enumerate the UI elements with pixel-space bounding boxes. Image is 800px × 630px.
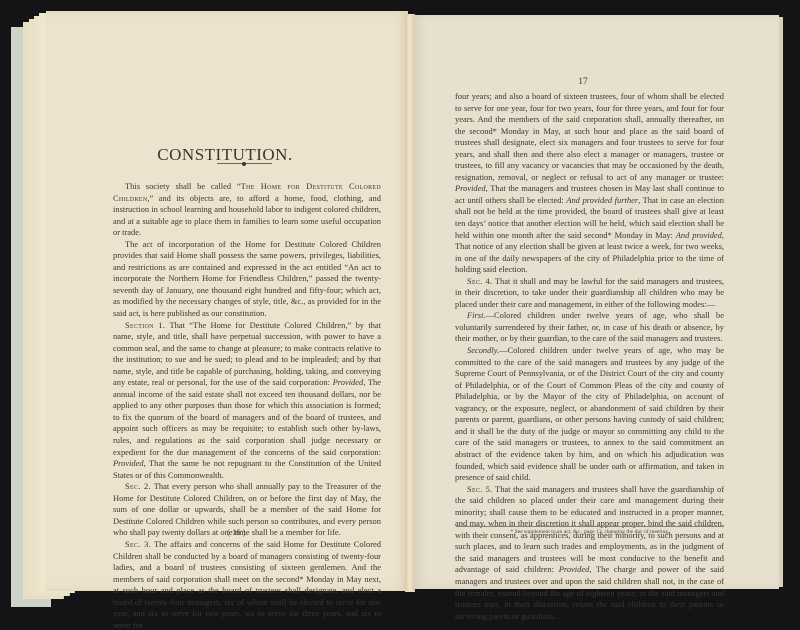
text-run: This society shall be called “ (125, 181, 241, 191)
italic-run: Provided (559, 564, 590, 574)
ornament-dot-icon (242, 162, 246, 166)
text-run: That every person who shall annually pay… (113, 481, 381, 537)
italic-run: First. (467, 310, 486, 320)
left-page-body: This society shall be called “The Home f… (113, 181, 381, 630)
footnote-rule (456, 526, 724, 527)
text-run: four years; and also a board of sixteen … (455, 91, 724, 182)
paragraph: Sec. 3. The affairs and concerns of the … (113, 539, 381, 630)
title-ornament-divider (217, 163, 272, 164)
paragraph: four years; and also a board of sixteen … (455, 91, 724, 276)
text-run: —Colored children under twelve years of … (455, 310, 724, 343)
italic-run: And provided further (566, 195, 638, 205)
paragraph: The act of incorporation of the Home for… (113, 239, 381, 320)
small-caps-run: Sec. 3. (125, 539, 151, 549)
italic-run: Provided (333, 377, 364, 387)
text-run: The affairs and concerns of the said Hom… (113, 539, 381, 630)
paragraph: Sec. 2. That every person who shall annu… (113, 481, 381, 539)
right-page-number: 17 (433, 77, 733, 87)
text-run: The act of incorporation of the Home for… (113, 239, 381, 318)
small-caps-run: Sec. 4. (467, 276, 492, 286)
text-run: ,” and its objects are, to afford a home… (113, 193, 381, 238)
text-run: , That the same be not repugnant to the … (113, 458, 381, 480)
left-page-folio: ( 16 ) (227, 527, 245, 537)
italic-run: Secondly. (467, 345, 499, 355)
text-run: That it shall and may be lawful for the … (455, 276, 724, 309)
paragraph: Section 1. That “The Home for Destitute … (113, 320, 381, 482)
text-run: , The annual income of the said estate s… (113, 377, 381, 456)
italic-run: Provided (113, 458, 144, 468)
small-caps-run: Section 1. (125, 320, 165, 330)
book-spread: CONSTITUTION. This society shall be call… (0, 0, 800, 630)
right-page-edge (779, 17, 783, 587)
paragraph: Secondly.—Colored children under twelve … (455, 345, 724, 484)
paragraph: Sec. 4. That it shall and may be lawful … (455, 276, 724, 311)
small-caps-run: Sec. 5. (467, 484, 493, 494)
italic-run: Provided (455, 183, 486, 193)
footnote: * See supplement to an act, &c., page 13… (456, 529, 724, 535)
text-run: —Colored children under twelve years of … (455, 345, 724, 482)
small-caps-run: Sec. 2. (125, 481, 151, 491)
paragraph: Sec. 5. That the said managers and trust… (455, 484, 724, 623)
paragraph: This society shall be called “The Home f… (113, 181, 381, 239)
paragraph: First.—Colored children under twelve yea… (455, 310, 724, 345)
italic-run: And provided (676, 230, 722, 240)
right-page-body: four years; and also a board of sixteen … (455, 91, 724, 622)
page-title: CONSTITUTION. (44, 145, 406, 165)
